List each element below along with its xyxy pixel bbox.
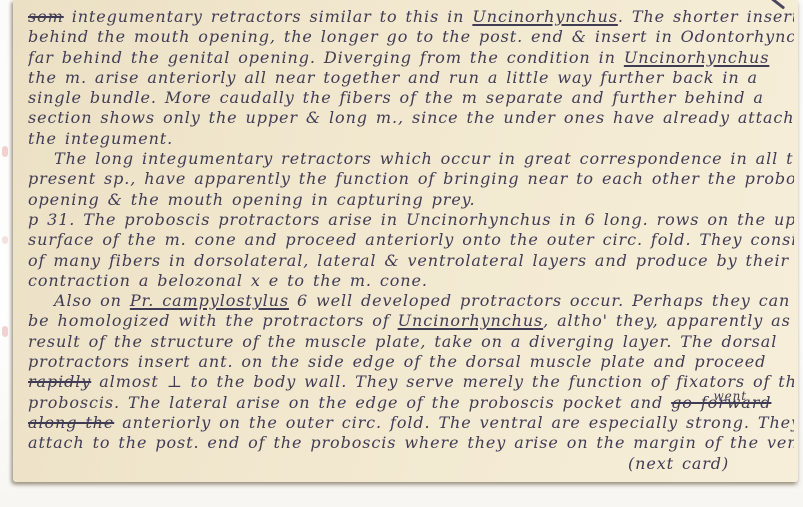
text-segment: result of the structure of the muscle pl… <box>28 332 777 351</box>
text-segment: Uncinorhynchus <box>472 7 617 26</box>
text-segment: anteriorly on the outer circ. fold. The … <box>114 413 794 432</box>
scanner-edge-mark <box>2 236 8 244</box>
text-segment: (next card) <box>628 454 729 473</box>
handwritten-line: single bundle. More caudally the fibers … <box>28 88 794 108</box>
text-segment: present sp., have apparently the functio… <box>28 169 794 188</box>
text-segment: rapidly <box>28 372 91 391</box>
text-segment: 6 well developed protractors occur. Perh… <box>289 291 790 310</box>
text-segment: integumentary retractors similar to this… <box>64 7 473 26</box>
text-segment: The long integumentary retractors which … <box>54 149 794 168</box>
handwritten-line: The long integumentary retractors which … <box>28 149 794 169</box>
text-segment: be homologized with the protractors of <box>28 311 398 330</box>
handwritten-line: protractors insert ant. on the side edge… <box>28 352 794 372</box>
handwritten-line: the integument. <box>28 129 794 149</box>
text-segment: far behind the genital opening. Divergin… <box>28 48 624 67</box>
text-segment: single bundle. More caudally the fibers … <box>28 88 764 107</box>
handwritten-line: (next card) <box>28 454 794 474</box>
text-segment: along the <box>28 413 114 432</box>
text-segment: section shows only the upper & long m., … <box>28 108 794 127</box>
handwritten-line: opening & the mouth opening in capturing… <box>28 190 794 210</box>
handwritten-line: far behind the genital opening. Divergin… <box>28 48 794 68</box>
handwritten-line: behind the mouth opening, the longer go … <box>28 27 794 47</box>
text-segment: surface of the m. cone and proceed anter… <box>28 230 794 249</box>
handwritten-line: result of the structure of the muscle pl… <box>28 332 794 352</box>
handwritten-line: of many fibers in dorsolateral, lateral … <box>28 251 794 271</box>
scanner-edge-mark <box>2 326 8 337</box>
text-segment: the m. arise anteriorly all near togethe… <box>28 68 758 87</box>
text-segment: , altho' they, apparently as a <box>543 311 794 330</box>
text-segment: went <box>713 389 747 403</box>
text-segment: almost ⊥ to the body wall. They serve me… <box>91 372 794 391</box>
text-segment: of many fibers in dorsolateral, lateral … <box>28 251 789 270</box>
text-segment: . The shorter insert <box>618 7 794 26</box>
text-segment: protractors insert ant. on the side edge… <box>28 352 766 371</box>
text-segment: som <box>28 7 64 26</box>
handwritten-line: section shows only the upper & long m., … <box>28 108 794 128</box>
text-segment: Uncinorhynchus <box>624 48 769 67</box>
text-segment: p 31. The proboscis protractors arise in… <box>28 210 794 229</box>
text-segment: opening & the mouth opening in capturing… <box>28 190 476 209</box>
text-segment: proboscis. The lateral arise on the edge… <box>28 393 671 412</box>
handwritten-line: som integumentary retractors similar to … <box>28 7 794 27</box>
handwritten-line: present sp., have apparently the functio… <box>28 169 794 189</box>
handwritten-line: the m. arise anteriorly all near togethe… <box>28 68 794 88</box>
handwritten-line: contraction a belozonal x e to the m. co… <box>28 271 794 291</box>
handwritten-line: rapidly almost ⊥ to the body wall. They … <box>28 372 794 392</box>
handwritten-line: attach to the post. end of the proboscis… <box>28 433 794 453</box>
handwritten-line: surface of the m. cone and proceed anter… <box>28 230 794 250</box>
text-segment: Pr. campylostylus <box>130 291 289 310</box>
text-segment: contraction a belozonal x e to the m. co… <box>28 271 428 290</box>
card-text: som integumentary retractors similar to … <box>28 7 794 480</box>
handwritten-line: be homologized with the protractors of U… <box>28 311 794 331</box>
handwritten-line: p 31. The proboscis protractors arise in… <box>28 210 794 230</box>
text-segment: behind the mouth opening, the longer go … <box>28 27 794 46</box>
text-segment: the integument. <box>28 129 173 148</box>
scanner-edge-mark <box>2 146 8 157</box>
handwritten-line: proboscis. The lateral arise on the edge… <box>28 393 794 413</box>
index-card: som integumentary retractors similar to … <box>13 0 798 482</box>
text-segment: Uncinorhynchus <box>398 311 543 330</box>
handwritten-line: Also on Pr. campylostylus 6 well develop… <box>28 291 794 311</box>
text-segment: attach to the post. end of the proboscis… <box>28 433 794 452</box>
text-segment: Also on <box>54 291 130 310</box>
handwritten-line: along the anteriorly on the outer circ. … <box>28 413 794 433</box>
